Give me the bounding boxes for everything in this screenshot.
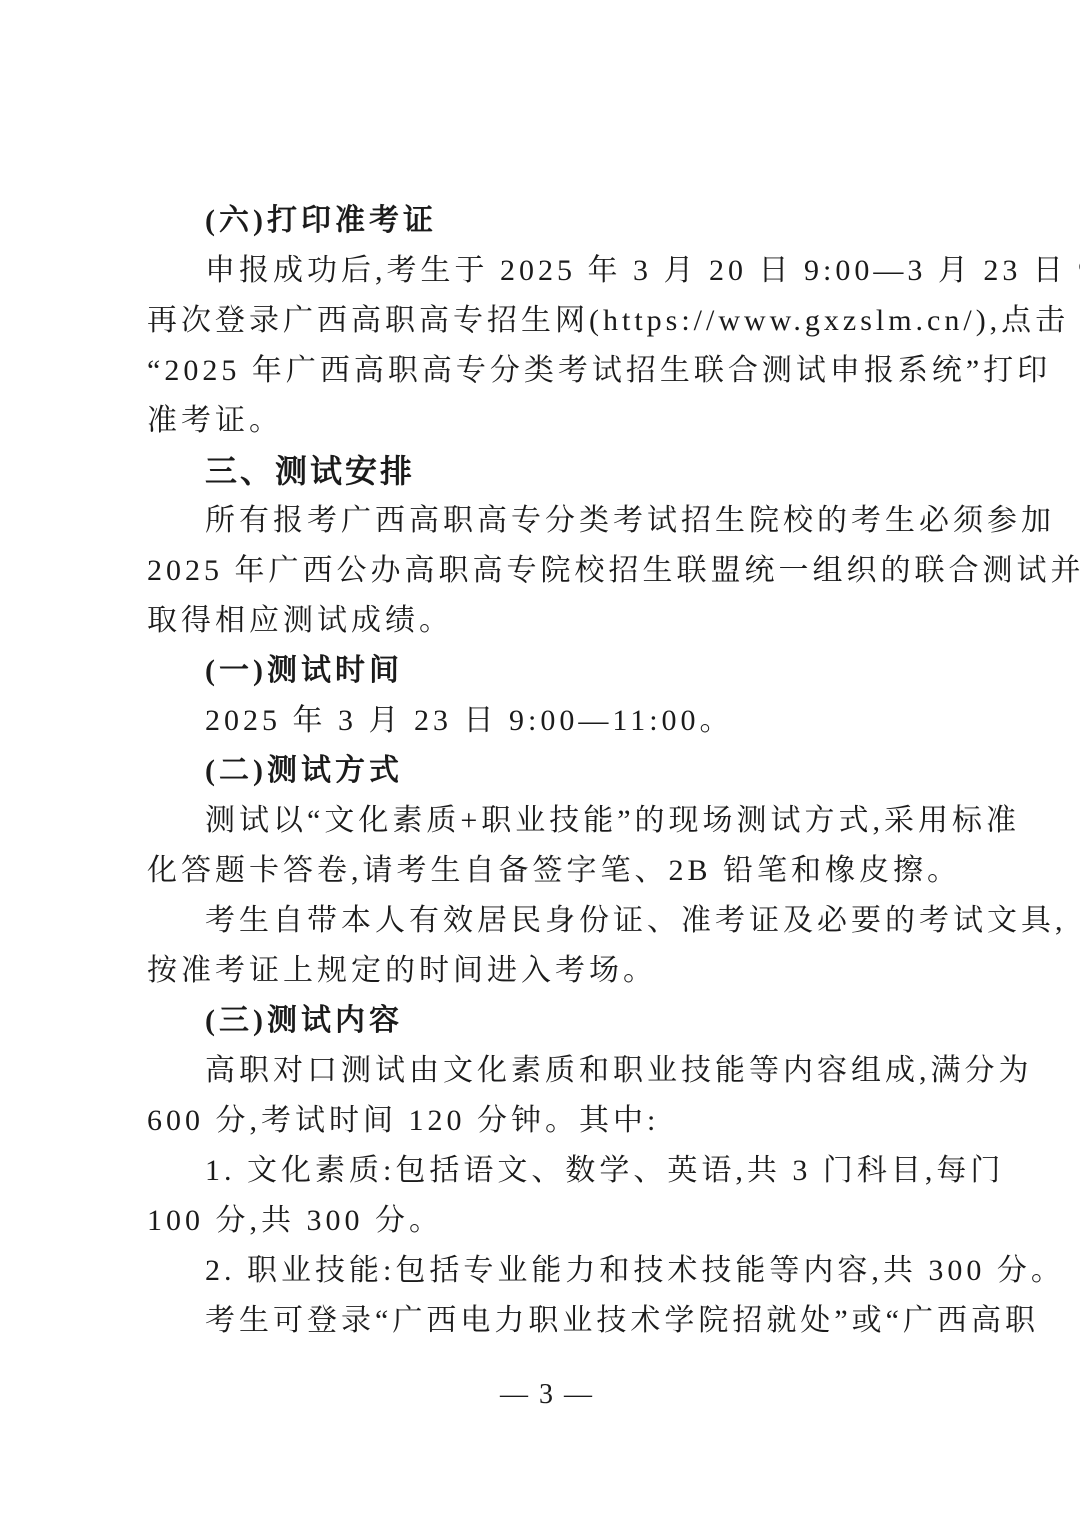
paragraph-test-entry-line-1: 考生自带本人有效居民身份证、准考证及必要的考试文具, bbox=[147, 896, 947, 946]
paragraph-test-intro-line-2: 2025 年广西公办高职高专院校招生联盟统一组织的联合测试并 bbox=[147, 546, 947, 596]
paragraph-culture-quality-line-2: 100 分,共 300 分。 bbox=[147, 1196, 947, 1246]
document-body: (六)打印准考证 申报成功后,考生于 2025 年 3 月 20 日 9:00—… bbox=[147, 196, 947, 1346]
paragraph-print-ticket-line-4: 准考证。 bbox=[147, 396, 947, 446]
paragraph-culture-quality-line-1: 1. 文化素质:包括语文、数学、英语,共 3 门科目,每门 bbox=[147, 1146, 947, 1196]
heading-section3-test-arrangement: 三、测试安排 bbox=[147, 446, 947, 496]
paragraph-test-content-line-2: 600 分,考试时间 120 分钟。其中: bbox=[147, 1096, 947, 1146]
paragraph-test-intro-line-3: 取得相应测试成绩。 bbox=[147, 596, 947, 646]
paragraph-test-method-line-2: 化答题卡答卷,请考生自备签字笔、2B 铅笔和橡皮擦。 bbox=[147, 846, 947, 896]
paragraph-test-intro-line-1: 所有报考广西高职高专分类考试招生院校的考生必须参加 bbox=[147, 496, 947, 546]
paragraph-vocational-skill: 2. 职业技能:包括专业能力和技术技能等内容,共 300 分。 bbox=[147, 1246, 947, 1296]
document-page: (六)打印准考证 申报成功后,考生于 2025 年 3 月 20 日 9:00—… bbox=[0, 0, 1080, 1527]
paragraph-test-entry-line-2: 按准考证上规定的时间进入考场。 bbox=[147, 946, 947, 996]
paragraph-print-ticket-line-1: 申报成功后,考生于 2025 年 3 月 20 日 9:00—3 月 23 日 … bbox=[147, 246, 947, 296]
paragraph-test-method-line-1: 测试以“文化素质+职业技能”的现场测试方式,采用标准 bbox=[147, 796, 947, 846]
paragraph-test-content-line-1: 高职对口测试由文化素质和职业技能等内容组成,满分为 bbox=[147, 1046, 947, 1096]
heading-test-time: (一)测试时间 bbox=[147, 646, 947, 696]
paragraph-test-time: 2025 年 3 月 23 日 9:00—11:00。 bbox=[147, 696, 947, 746]
paragraph-print-ticket-line-2: 再次登录广西高职高专招生网(https://www.gxzslm.cn/),点击 bbox=[147, 296, 947, 346]
page-number: — 3 — bbox=[147, 1372, 947, 1418]
paragraph-login-portal: 考生可登录“广西电力职业技术学院招就处”或“广西高职 bbox=[147, 1296, 947, 1346]
paragraph-print-ticket-line-3: “2025 年广西高职高专分类考试招生联合测试申报系统”打印 bbox=[147, 346, 947, 396]
heading-test-content: (三)测试内容 bbox=[147, 996, 947, 1046]
heading-test-method: (二)测试方式 bbox=[147, 746, 947, 796]
heading-section6-print-admission-ticket: (六)打印准考证 bbox=[147, 196, 947, 246]
